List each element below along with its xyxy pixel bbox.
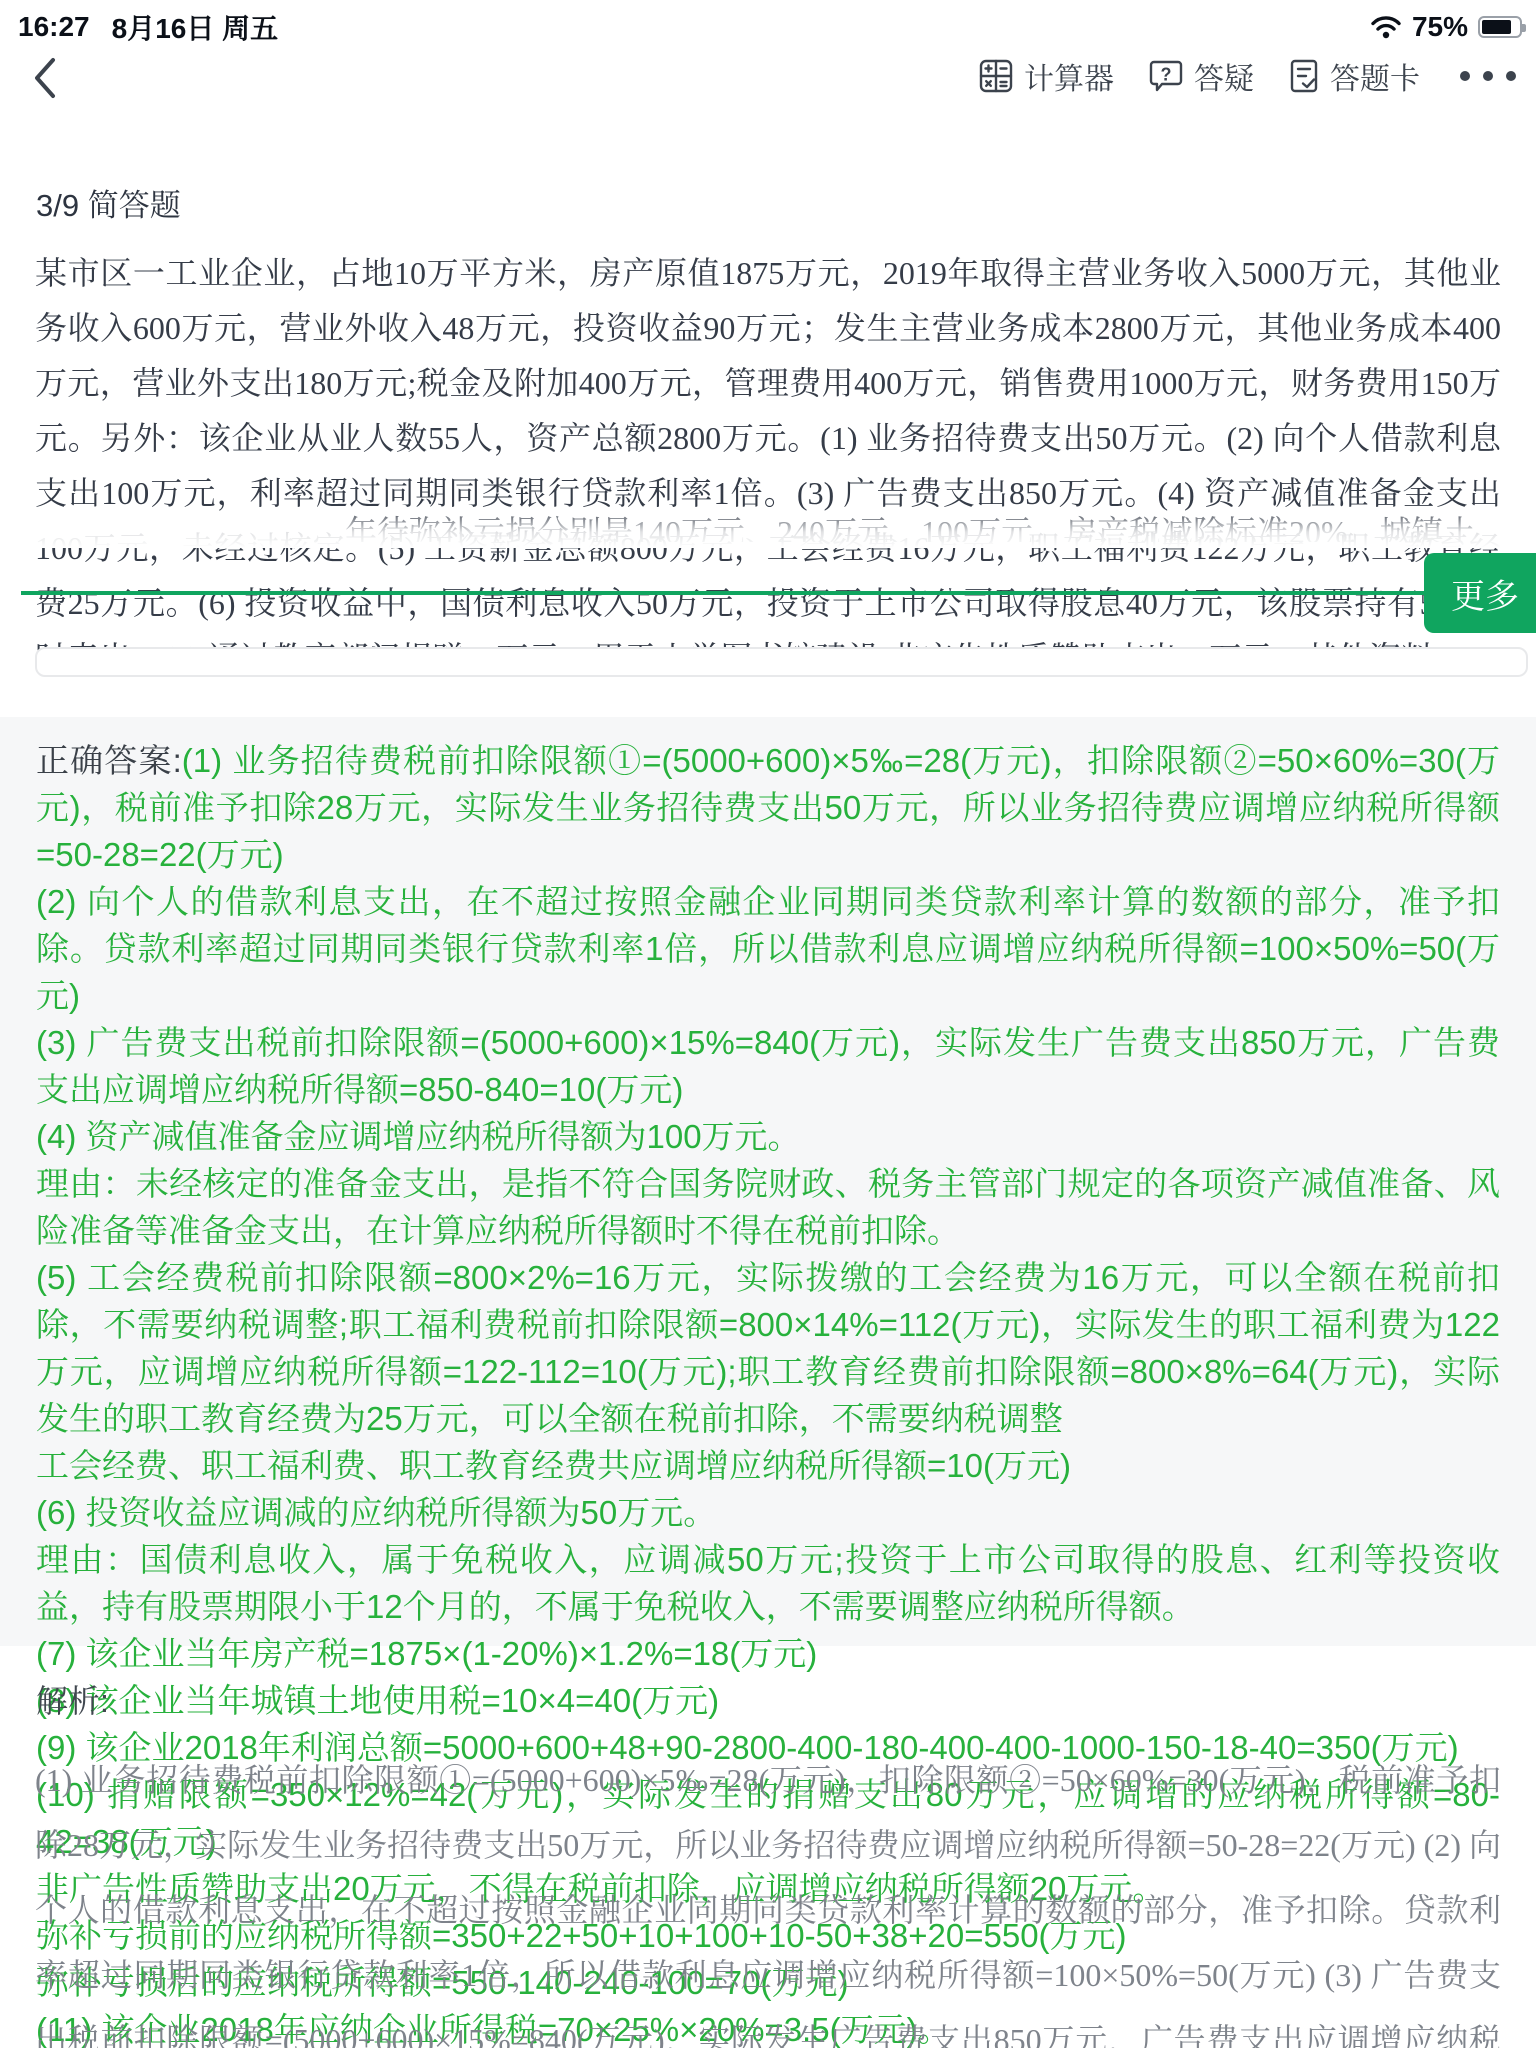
answer-paragraph: (4) 资产减值准备金应调增应纳税所得额为100万元。 bbox=[36, 1113, 1500, 1160]
answer-card-button[interactable]: 答题卡 bbox=[1288, 54, 1420, 98]
battery-percent: 75% bbox=[1412, 11, 1468, 43]
answer-text: (1) 业务招待费税前扣除限额①=(5000+600)×5‰=28(万元)，扣除… bbox=[36, 742, 1500, 873]
question-bubble-icon: ? bbox=[1148, 58, 1184, 94]
analysis-label: 解析: bbox=[36, 1676, 109, 1722]
wifi-icon bbox=[1370, 15, 1402, 39]
answer-paragraph: (3) 广告费支出税前扣除限额=(5000+600)×15%=840(万元)，实… bbox=[36, 1019, 1500, 1113]
more-menu-button[interactable] bbox=[1454, 71, 1522, 81]
more-button[interactable]: 更多 bbox=[1424, 553, 1536, 633]
dot-icon bbox=[1460, 71, 1470, 81]
answer-paragraph: (2) 向个人的借款利息支出，在不超过按照金融企业同期同类贷款利率计算的数额的部… bbox=[36, 878, 1500, 1019]
qa-button[interactable]: ? 答疑 bbox=[1148, 54, 1254, 98]
nav-bar: 计算器 ? 答疑 答题卡 bbox=[0, 46, 1536, 112]
answer-card-label: 答题卡 bbox=[1330, 54, 1420, 98]
collapsed-panel-edge bbox=[35, 647, 1528, 677]
analysis-body: (1) 业务招待费税前扣除限额①=(5000+600)×5‰=28(万元)，扣除… bbox=[35, 1748, 1501, 2048]
answer-paragraph: (6) 投资收益应调减的应纳税所得额为50万元。 bbox=[36, 1489, 1500, 1536]
question-number: 3/9 简答题 bbox=[36, 180, 181, 225]
back-button[interactable] bbox=[26, 52, 70, 104]
divider-line bbox=[21, 591, 1425, 595]
answer-paragraph: (5) 工会经费税前扣除限额=800×2%=16万元，实际拨缴的工会经费为16万… bbox=[36, 1254, 1500, 1442]
dot-icon bbox=[1506, 71, 1516, 81]
answer-paragraph: 理由：未经核定的准备金支出，是指不符合国务院财政、税务主管部门规定的各项资产减值… bbox=[36, 1160, 1500, 1254]
correct-answer-section: 正确答案:(1) 业务招待费税前扣除限额①=(5000+600)×5‰=28(万… bbox=[0, 717, 1536, 1646]
qa-label: 答疑 bbox=[1194, 54, 1254, 98]
answer-paragraph: 正确答案:(1) 业务招待费税前扣除限额①=(5000+600)×5‰=28(万… bbox=[36, 737, 1500, 878]
dot-icon bbox=[1483, 71, 1493, 81]
date-label: 8月16日 周五 bbox=[112, 7, 279, 47]
correct-answer-label: 正确答案: bbox=[36, 742, 182, 779]
calculator-label: 计算器 bbox=[1024, 54, 1114, 98]
svg-text:?: ? bbox=[1161, 65, 1172, 85]
clock-time: 16:27 bbox=[18, 11, 90, 43]
calculator-icon bbox=[978, 58, 1014, 94]
answer-card-icon bbox=[1288, 58, 1320, 94]
answer-paragraph: 工会经费、职工福利费、职工教育经费共应调增应纳税所得额=10(万元) bbox=[36, 1442, 1500, 1489]
battery-icon bbox=[1478, 16, 1522, 38]
answer-paragraph: (7) 该企业当年房产税=1875×(1-20%)×1.2%=18(万元) bbox=[36, 1630, 1500, 1677]
question-body: 某市区一工业企业，占地10万平方米，房产原值1875万元，2019年取得主营业务… bbox=[35, 246, 1501, 686]
status-bar: 16:27 8月16日 周五 75% bbox=[18, 8, 1522, 46]
question-truncated-line: 年待弥补亏损分别是140万元、240万元、100万元，房产税减除标准20%，城镇… bbox=[35, 512, 1501, 542]
calculator-button[interactable]: 计算器 bbox=[978, 54, 1114, 98]
answer-paragraph: 理由：国债利息收入，属于免税收入，应调减50万元;投资于上市公司取得的股息、红利… bbox=[36, 1536, 1500, 1630]
answer-paragraph: (8) 该企业当年城镇土地使用税=10×4=40(万元) bbox=[36, 1677, 1500, 1724]
